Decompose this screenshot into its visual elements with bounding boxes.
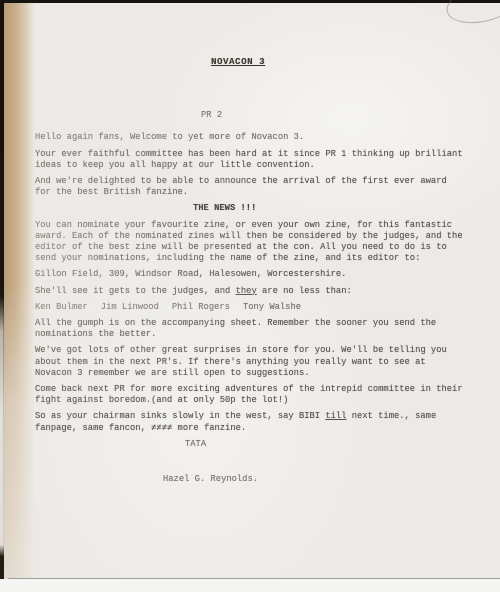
judge-name: Phil Rogers: [172, 302, 230, 312]
signature: Hazel G. Reynolds.: [163, 474, 467, 485]
pencil-mark-top-right: [443, 0, 500, 29]
scan-edge-tan-fade: [3, 0, 35, 592]
judges-intro: She'll see it gets to the judges, and th…: [35, 286, 467, 297]
page-title: NOVACON 3: [211, 56, 265, 67]
scan-edge-left: [0, 0, 4, 592]
judge-name: Jim Linwood: [101, 302, 159, 312]
signoff-post: more fanzine.: [172, 423, 246, 433]
scan-background-bottom: [0, 579, 500, 592]
signoff-strikeout: ≠≠≠≠: [151, 423, 172, 433]
scan-edge-top: [0, 0, 500, 3]
para-hello: Hello again fans, Welcome to yet more of…: [35, 132, 467, 143]
signoff-emphasis: till: [325, 411, 346, 421]
para-gumph: All the gumph is on the accompanying she…: [35, 318, 467, 340]
para-nominate: You can nominate your favourite zine, or…: [35, 220, 467, 265]
news-heading: THE NEWS !!!: [193, 203, 467, 214]
para-faithful: Your ever faithful committee has been ha…: [35, 149, 467, 171]
judges-intro-emphasis: they: [236, 286, 257, 296]
judge-name: Tony Walshe: [243, 302, 301, 312]
signoff-pre: So as your chairman sinks slowly in the …: [35, 411, 325, 421]
para-signoff: So as your chairman sinks slowly in the …: [35, 411, 467, 433]
address-line: Gillon Field, 309, Windsor Road, Halesow…: [35, 269, 467, 280]
para-surprises: We've got lots of other great surprises …: [35, 345, 467, 379]
issue-number: PR 2: [201, 110, 467, 121]
judge-name: Ken Bulmer: [35, 302, 88, 312]
judges-intro-post: are no less than:: [257, 286, 352, 296]
para-delighted: And we're delighted to be able to announ…: [35, 176, 467, 198]
tata-closing: TATA: [185, 439, 467, 450]
scanned-page: NOVACON 3 PR 2 Hello again fans, Welcome…: [0, 0, 500, 592]
judges-intro-pre: She'll see it gets to the judges, and: [35, 286, 236, 296]
para-comeback: Come back next PR for more exciting adve…: [35, 384, 467, 406]
judges-row: Ken BulmerJim LinwoodPhil RogersTony Wal…: [35, 302, 467, 313]
typed-content: NOVACON 3 PR 2 Hello again fans, Welcome…: [35, 56, 467, 485]
